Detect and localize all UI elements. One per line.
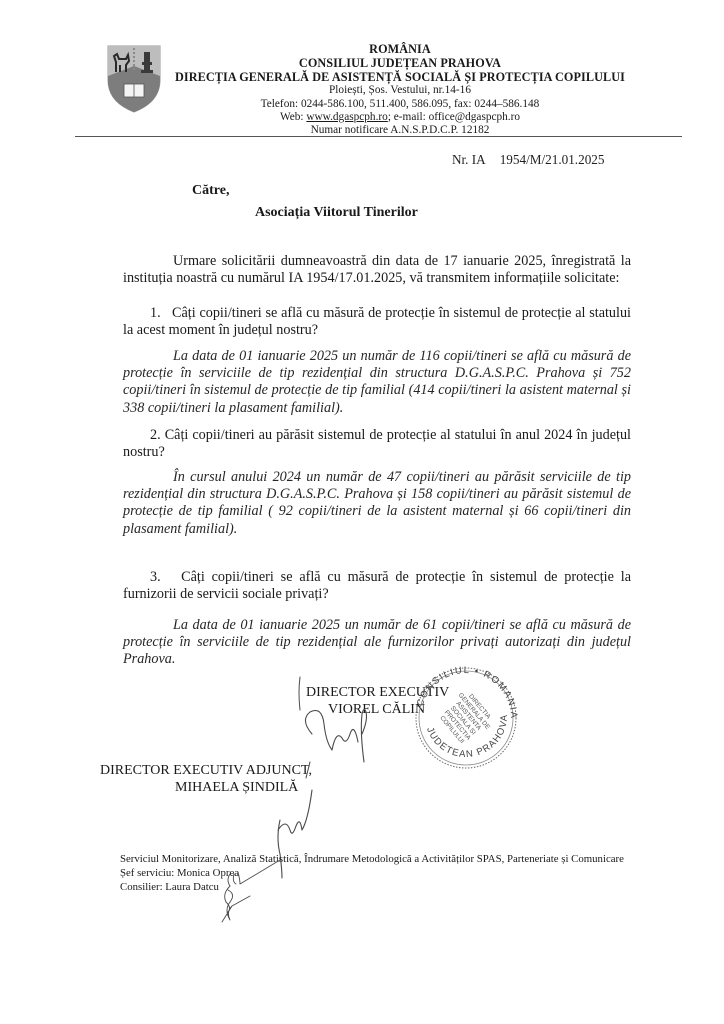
director-signature-icon xyxy=(292,672,412,772)
header-directorate: DIRECȚIA GENERALĂ DE ASISTENȚĂ SOCIALĂ Ș… xyxy=(120,70,680,85)
answer-3: La data de 01 ianuarie 2025 un număr de … xyxy=(123,617,631,669)
header-country: ROMÂNIA xyxy=(120,42,680,57)
question-number: 3. xyxy=(150,569,161,585)
question-text: Câți copii/tineri se află cu măsură de p… xyxy=(123,305,631,338)
official-stamp-icon: CONSILIUL • ROMANIA • JUDETEAN PRAHOVA D… xyxy=(408,662,524,774)
header-phone: Telefon: 0244-586.100, 511.400, 586.095,… xyxy=(120,98,680,110)
header-council: CONSILIUL JUDEȚEAN PRAHOVA xyxy=(120,56,680,71)
question-3: 3. Câți copii/tineri se află cu măsură d… xyxy=(123,569,631,603)
header-divider xyxy=(75,136,682,137)
web-label: Web: xyxy=(280,111,306,123)
initials-signature-icon xyxy=(200,850,280,930)
question-1: 1. Câți copii/tineri se află cu măsură d… xyxy=(123,305,631,339)
question-text: Câți copii/tineri se află cu măsură de p… xyxy=(123,569,631,602)
registration-suffix: M/21.01.2025 xyxy=(530,152,605,167)
answer-2: În cursul anului 2024 un număr de 47 cop… xyxy=(123,469,631,538)
website-link[interactable]: www.dgaspcph.ro xyxy=(306,111,387,123)
footer-department: Serviciul Monitorizare, Analiză Statisti… xyxy=(120,853,624,867)
answer-1: La data de 01 ianuarie 2025 un număr de … xyxy=(123,348,631,417)
question-number: 2. xyxy=(150,427,161,443)
email-text: ; e-mail: office@dgaspcph.ro xyxy=(388,111,520,123)
salutation: Către, xyxy=(192,183,229,199)
intro-paragraph: Urmare solicitării dumneavoastră din dat… xyxy=(123,253,631,287)
question-text: Câți copii/tineri au părăsit sistemul de… xyxy=(123,427,631,460)
question-2: 2. Câți copii/tineri au părăsit sistemul… xyxy=(123,427,631,461)
registration-number-value: 1954/ xyxy=(500,152,530,167)
question-number: 1. xyxy=(150,305,161,321)
registration-prefix: Nr. IA xyxy=(452,152,486,167)
registration-number: Nr. IA1954/M/21.01.2025 xyxy=(452,152,604,168)
header-address: Ploiești, Șos. Vestului, nr.14-16 xyxy=(120,84,680,96)
header-contact: Web: www.dgaspcph.ro; e-mail: office@dga… xyxy=(120,111,680,123)
header-notification: Numar notificare A.N.S.P.D.C.P. 12182 xyxy=(120,124,680,136)
recipient-name: Asociația Viitorul Tinerilor xyxy=(255,205,418,221)
